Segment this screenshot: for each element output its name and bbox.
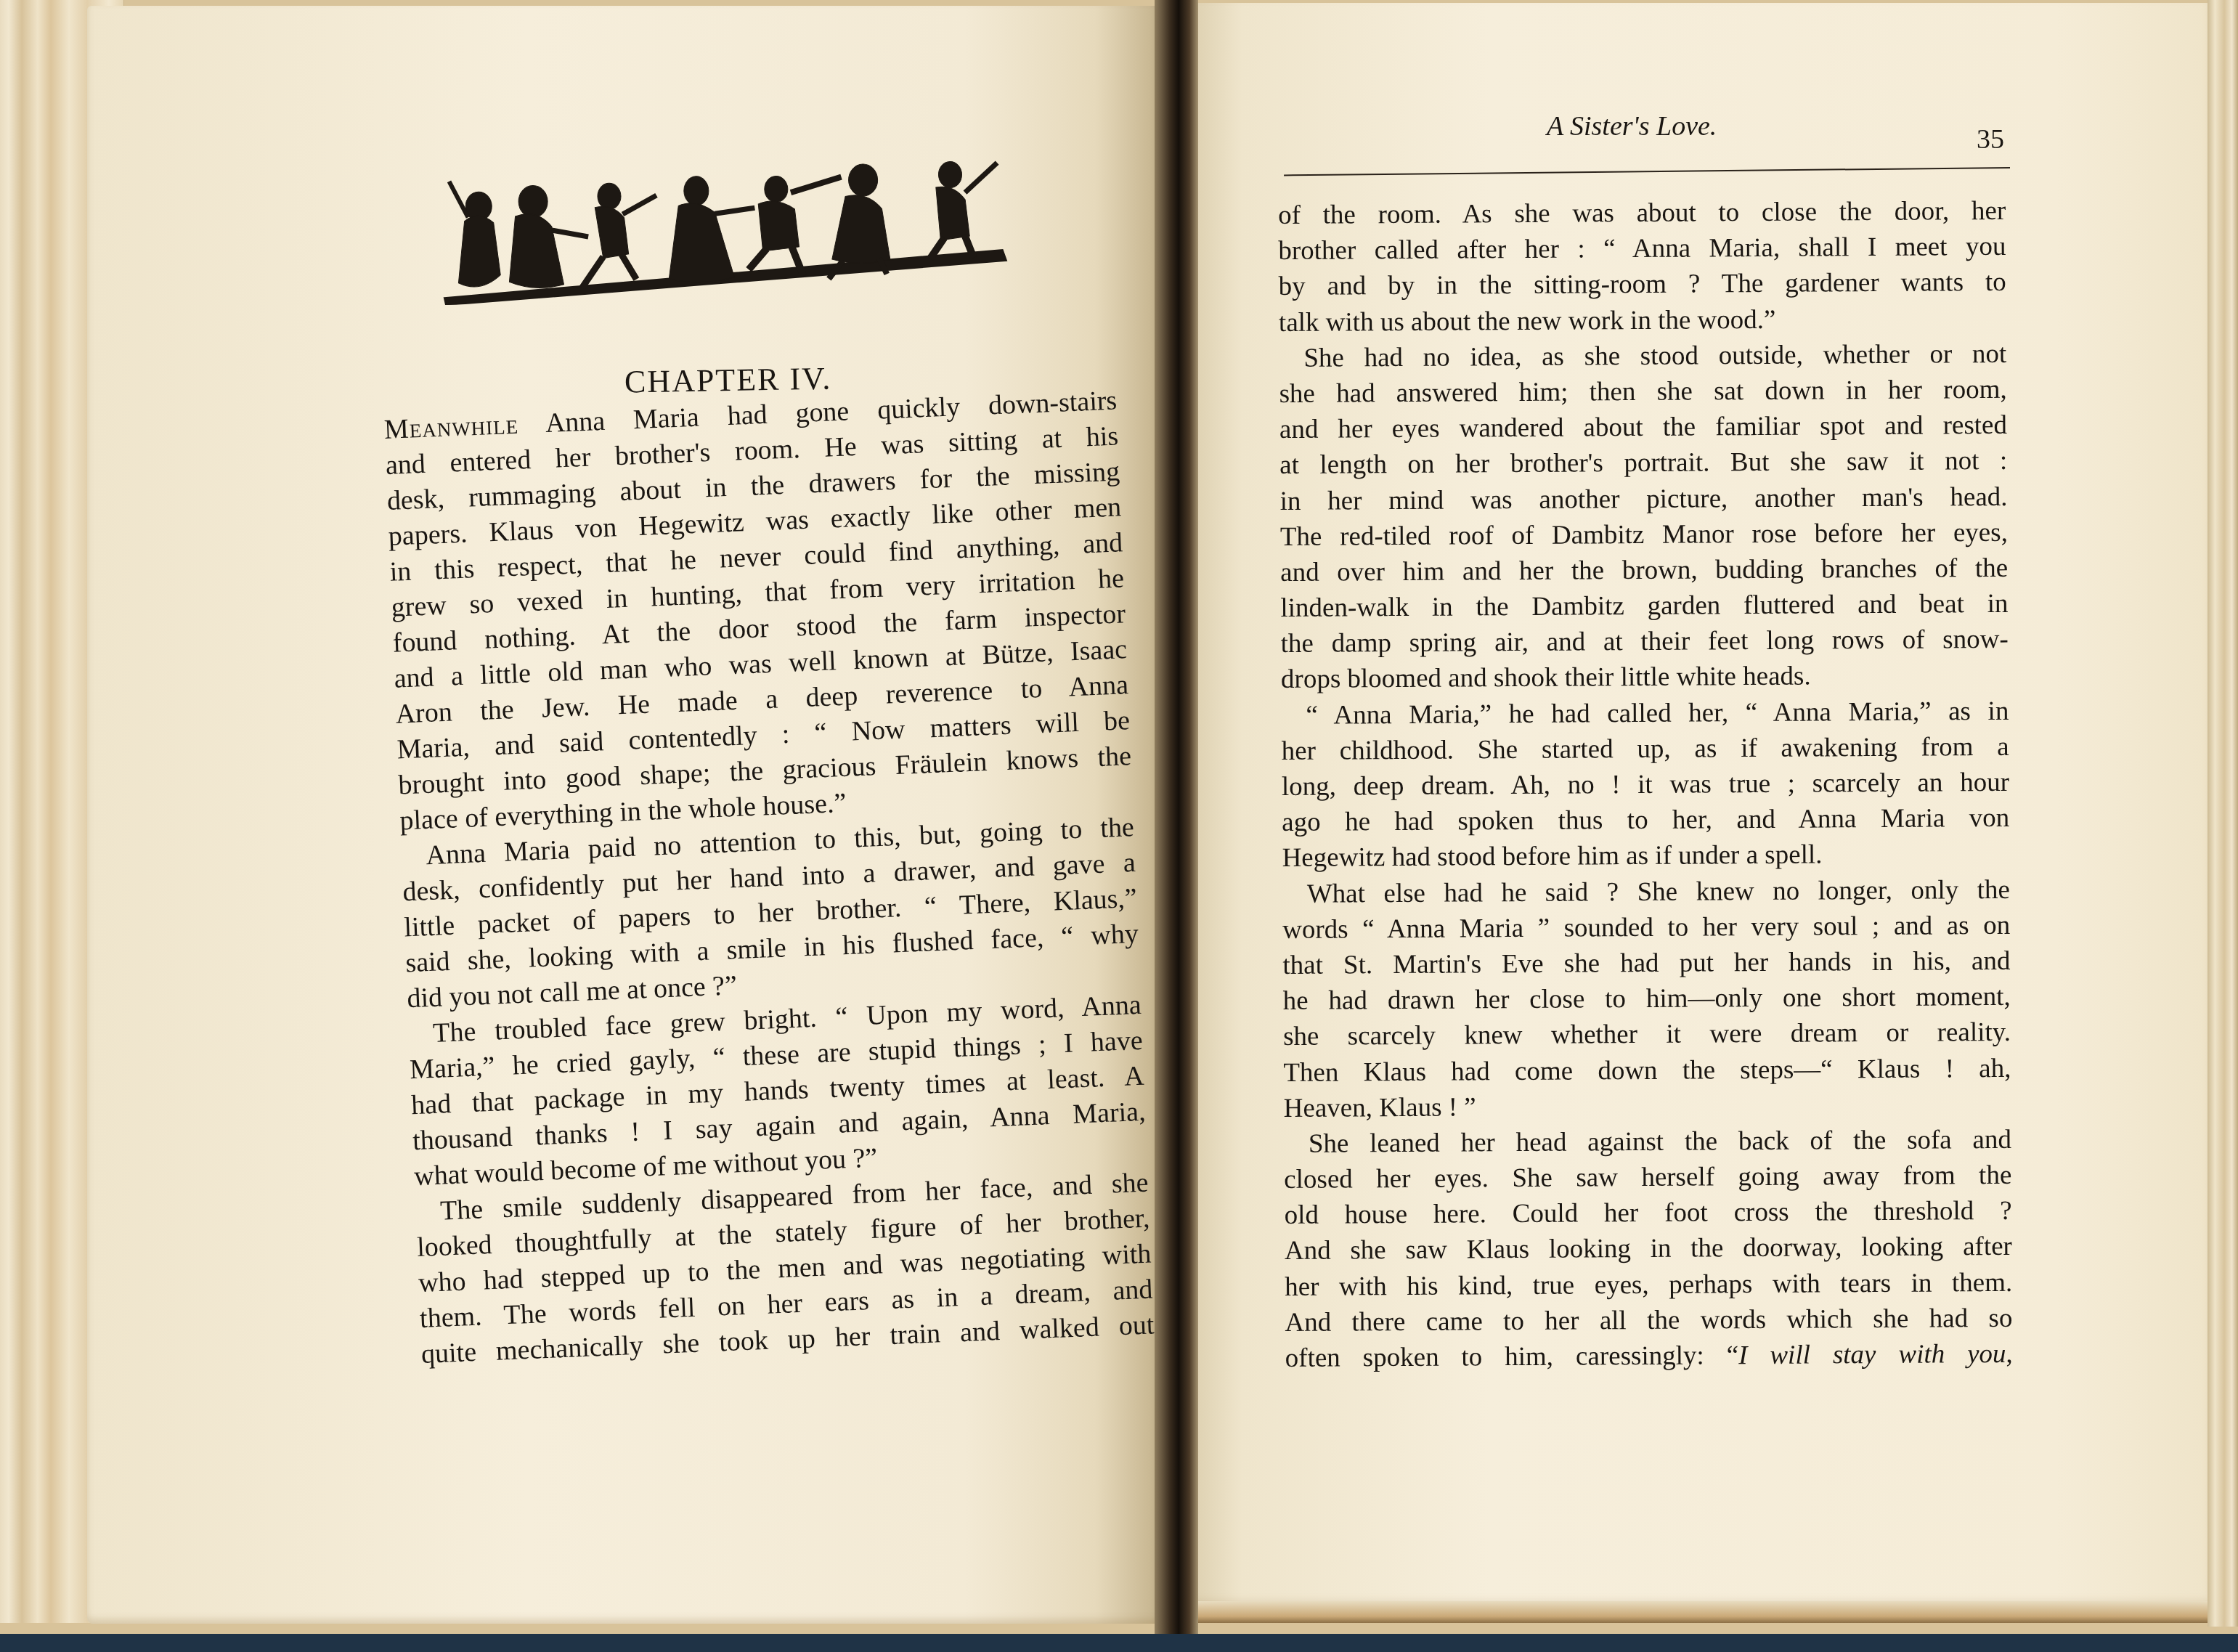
line-text: , — [2006, 1339, 2013, 1369]
text-line: and over him and her the brown, budding … — [1280, 550, 2008, 590]
text-line: She leaned her head against the back of … — [1284, 1122, 2011, 1162]
text-line: And she saw Klaus looking in the doorway… — [1285, 1229, 2012, 1269]
italic-quote: I will stay with you — [1738, 1339, 2006, 1370]
book-gutter — [1155, 0, 1198, 1634]
text-line: ago he had spoken thus to her, and Anna … — [1282, 800, 2009, 840]
text-line: words “ Anna Maria ” sounded to her very… — [1282, 908, 2010, 948]
woodcut-ornament-icon — [434, 155, 1018, 306]
text-line: he had drawn her close to him—only one s… — [1283, 979, 2011, 1019]
text-line: at length on her brother's portrait. But… — [1279, 443, 2007, 483]
text-line: brother called after her : “ Anna Maria,… — [1278, 229, 2006, 269]
open-book: CHAPTER IV. Meanwhile Anna Maria had gon… — [0, 0, 2238, 1634]
right-page-body: of the room. As she was about to close t… — [1278, 193, 2013, 1376]
left-page-body: Meanwhile Anna Maria had gone quickly do… — [383, 383, 1155, 1372]
text-line: her with his kind, true eyes, perhaps wi… — [1285, 1264, 2012, 1304]
text-line: Heaven, Klaus ! ” — [1284, 1086, 2011, 1126]
text-line: in her mind was another picture, another… — [1279, 479, 2007, 518]
text-line: she had answered him; then she sat down … — [1279, 372, 2007, 412]
text-line: “ Anna Maria,” he had called her, “ Anna… — [1281, 693, 2009, 733]
text-line: She had no idea, as she stood outside, w… — [1279, 336, 2006, 376]
text-line: long, deep dream. Ah, no ! it was true ;… — [1282, 765, 2009, 805]
text-line: Then Klaus had come down the steps—“ Kla… — [1283, 1050, 2011, 1090]
page-bottom-edge — [1180, 1601, 2211, 1623]
text-line: of the room. As she was about to close t… — [1278, 193, 2006, 233]
text-line: The red-tiled roof of Dambitz Manor rose… — [1280, 515, 2008, 555]
page-number: 35 — [1977, 123, 2004, 155]
text-line: closed her eyes. She saw herself going a… — [1284, 1157, 2011, 1197]
chapter-title: CHAPTER IV. — [624, 360, 832, 401]
page-edges-right — [2208, 0, 2238, 1627]
text-line: drops bloomed and shook their little whi… — [1281, 657, 2009, 697]
text-line: What else had he said ? She knew no long… — [1282, 871, 2010, 911]
text-line: Hegewitz had stood before him as if unde… — [1282, 836, 2009, 876]
text-line: often spoken to him, caressingly: “I wil… — [1285, 1336, 2013, 1376]
text-line: she scarcely knew whether it were dream … — [1283, 1014, 2011, 1054]
text-line: linden-walk in the Dambitz garden flutte… — [1280, 586, 2008, 626]
text-line: by and by in the sitting-room ? The gard… — [1279, 264, 2006, 304]
text-line: and her eyes wandered about the familiar… — [1279, 407, 2007, 447]
text-line: And there came to her all the words whic… — [1285, 1301, 2012, 1340]
text-line: talk with us about the new work in the w… — [1279, 300, 2006, 340]
text-line: her childhood. She started up, as if awa… — [1282, 729, 2009, 769]
text-line: the damp spring air, and at their feet l… — [1281, 622, 2009, 662]
line-text: often spoken to him, caressingly: “ — [1285, 1340, 1739, 1373]
running-head: A Sister's Love. — [1547, 110, 1717, 142]
text-line: old house here. Could her foot cross the… — [1284, 1193, 2011, 1233]
drop-word: Meanwhile — [383, 410, 519, 445]
text-line: that St. Martin's Eve she had put her ha… — [1282, 943, 2010, 983]
